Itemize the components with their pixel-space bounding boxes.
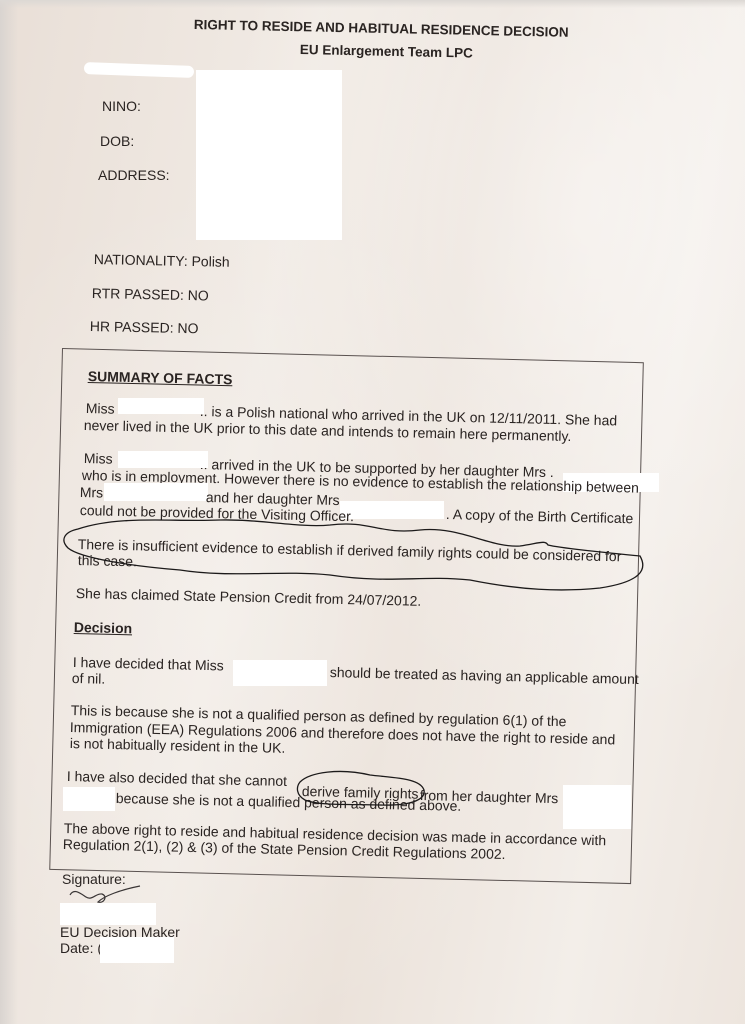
redacted-name bbox=[118, 451, 208, 468]
signature-label: Signature: bbox=[62, 871, 126, 887]
date-label: Date: ( bbox=[60, 940, 102, 956]
decision-heading: Decision bbox=[74, 619, 133, 636]
hr-passed-field: HR PASSED: NO bbox=[90, 318, 199, 336]
redacted-daughter-name bbox=[340, 501, 444, 519]
summary-p3-line2: this case. bbox=[78, 552, 137, 569]
redacted-name bbox=[233, 660, 327, 686]
summary-heading: SUMMARY OF FACTS bbox=[88, 368, 233, 387]
redacted-date bbox=[100, 937, 174, 963]
redacted-signatory-name bbox=[60, 903, 156, 925]
summary-p2-start: Miss bbox=[84, 450, 113, 467]
summary-p1-start: Miss bbox=[86, 400, 115, 417]
redacted-name bbox=[104, 483, 208, 501]
redacted-personal-details bbox=[196, 70, 342, 240]
page-edge-shadow-top bbox=[0, 0, 745, 8]
redacted-name bbox=[118, 398, 204, 414]
redacted-daughter-name bbox=[63, 787, 115, 811]
nationality-field: NATIONALITY: Polish bbox=[94, 251, 230, 270]
dob-label: DOB: bbox=[100, 133, 134, 149]
page-edge-shadow bbox=[0, 0, 18, 1024]
address-label: ADDRESS: bbox=[98, 167, 170, 183]
rtr-passed-field: RTR PASSED: NO bbox=[92, 285, 209, 303]
nino-label: NINO: bbox=[102, 98, 141, 114]
redacted-daughter-name bbox=[563, 785, 631, 829]
decision-p1-line2: of nil. bbox=[72, 670, 106, 687]
